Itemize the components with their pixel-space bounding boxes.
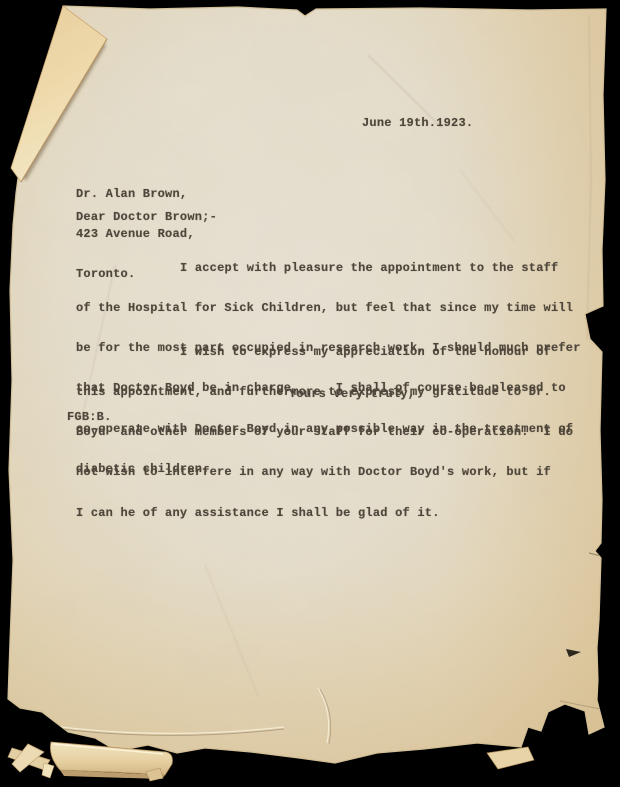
typist-initials: FGB:B. — [67, 411, 112, 424]
recipient-line: Dr. Alan Brown, — [76, 188, 195, 201]
letter-line: I wish to express my appreciation of the… — [76, 346, 573, 359]
letter-line: I accept with pleasure the appointment t… — [76, 262, 581, 275]
scanned-letter-page: June 19th.1923. Dr. Alan Brown, 423 Aven… — [0, 0, 620, 787]
letter-line: I can he of any assistance I shall be gl… — [76, 507, 573, 520]
date-line: June 19th.1923. — [362, 117, 473, 130]
letter-line: of the Hospital for Sick Children, but f… — [76, 302, 581, 315]
body-paragraph-2: I wish to express my appreciation of the… — [76, 319, 573, 547]
letter-line: not wish to interfere in any way with Do… — [76, 466, 573, 479]
closing: Yours very truly, — [289, 388, 415, 401]
letter-text: June 19th.1923. Dr. Alan Brown, 423 Aven… — [0, 0, 620, 787]
letter-line: Boyd and other members of your staff for… — [76, 426, 573, 439]
salutation: Dear Doctor Brown;- — [76, 211, 217, 224]
